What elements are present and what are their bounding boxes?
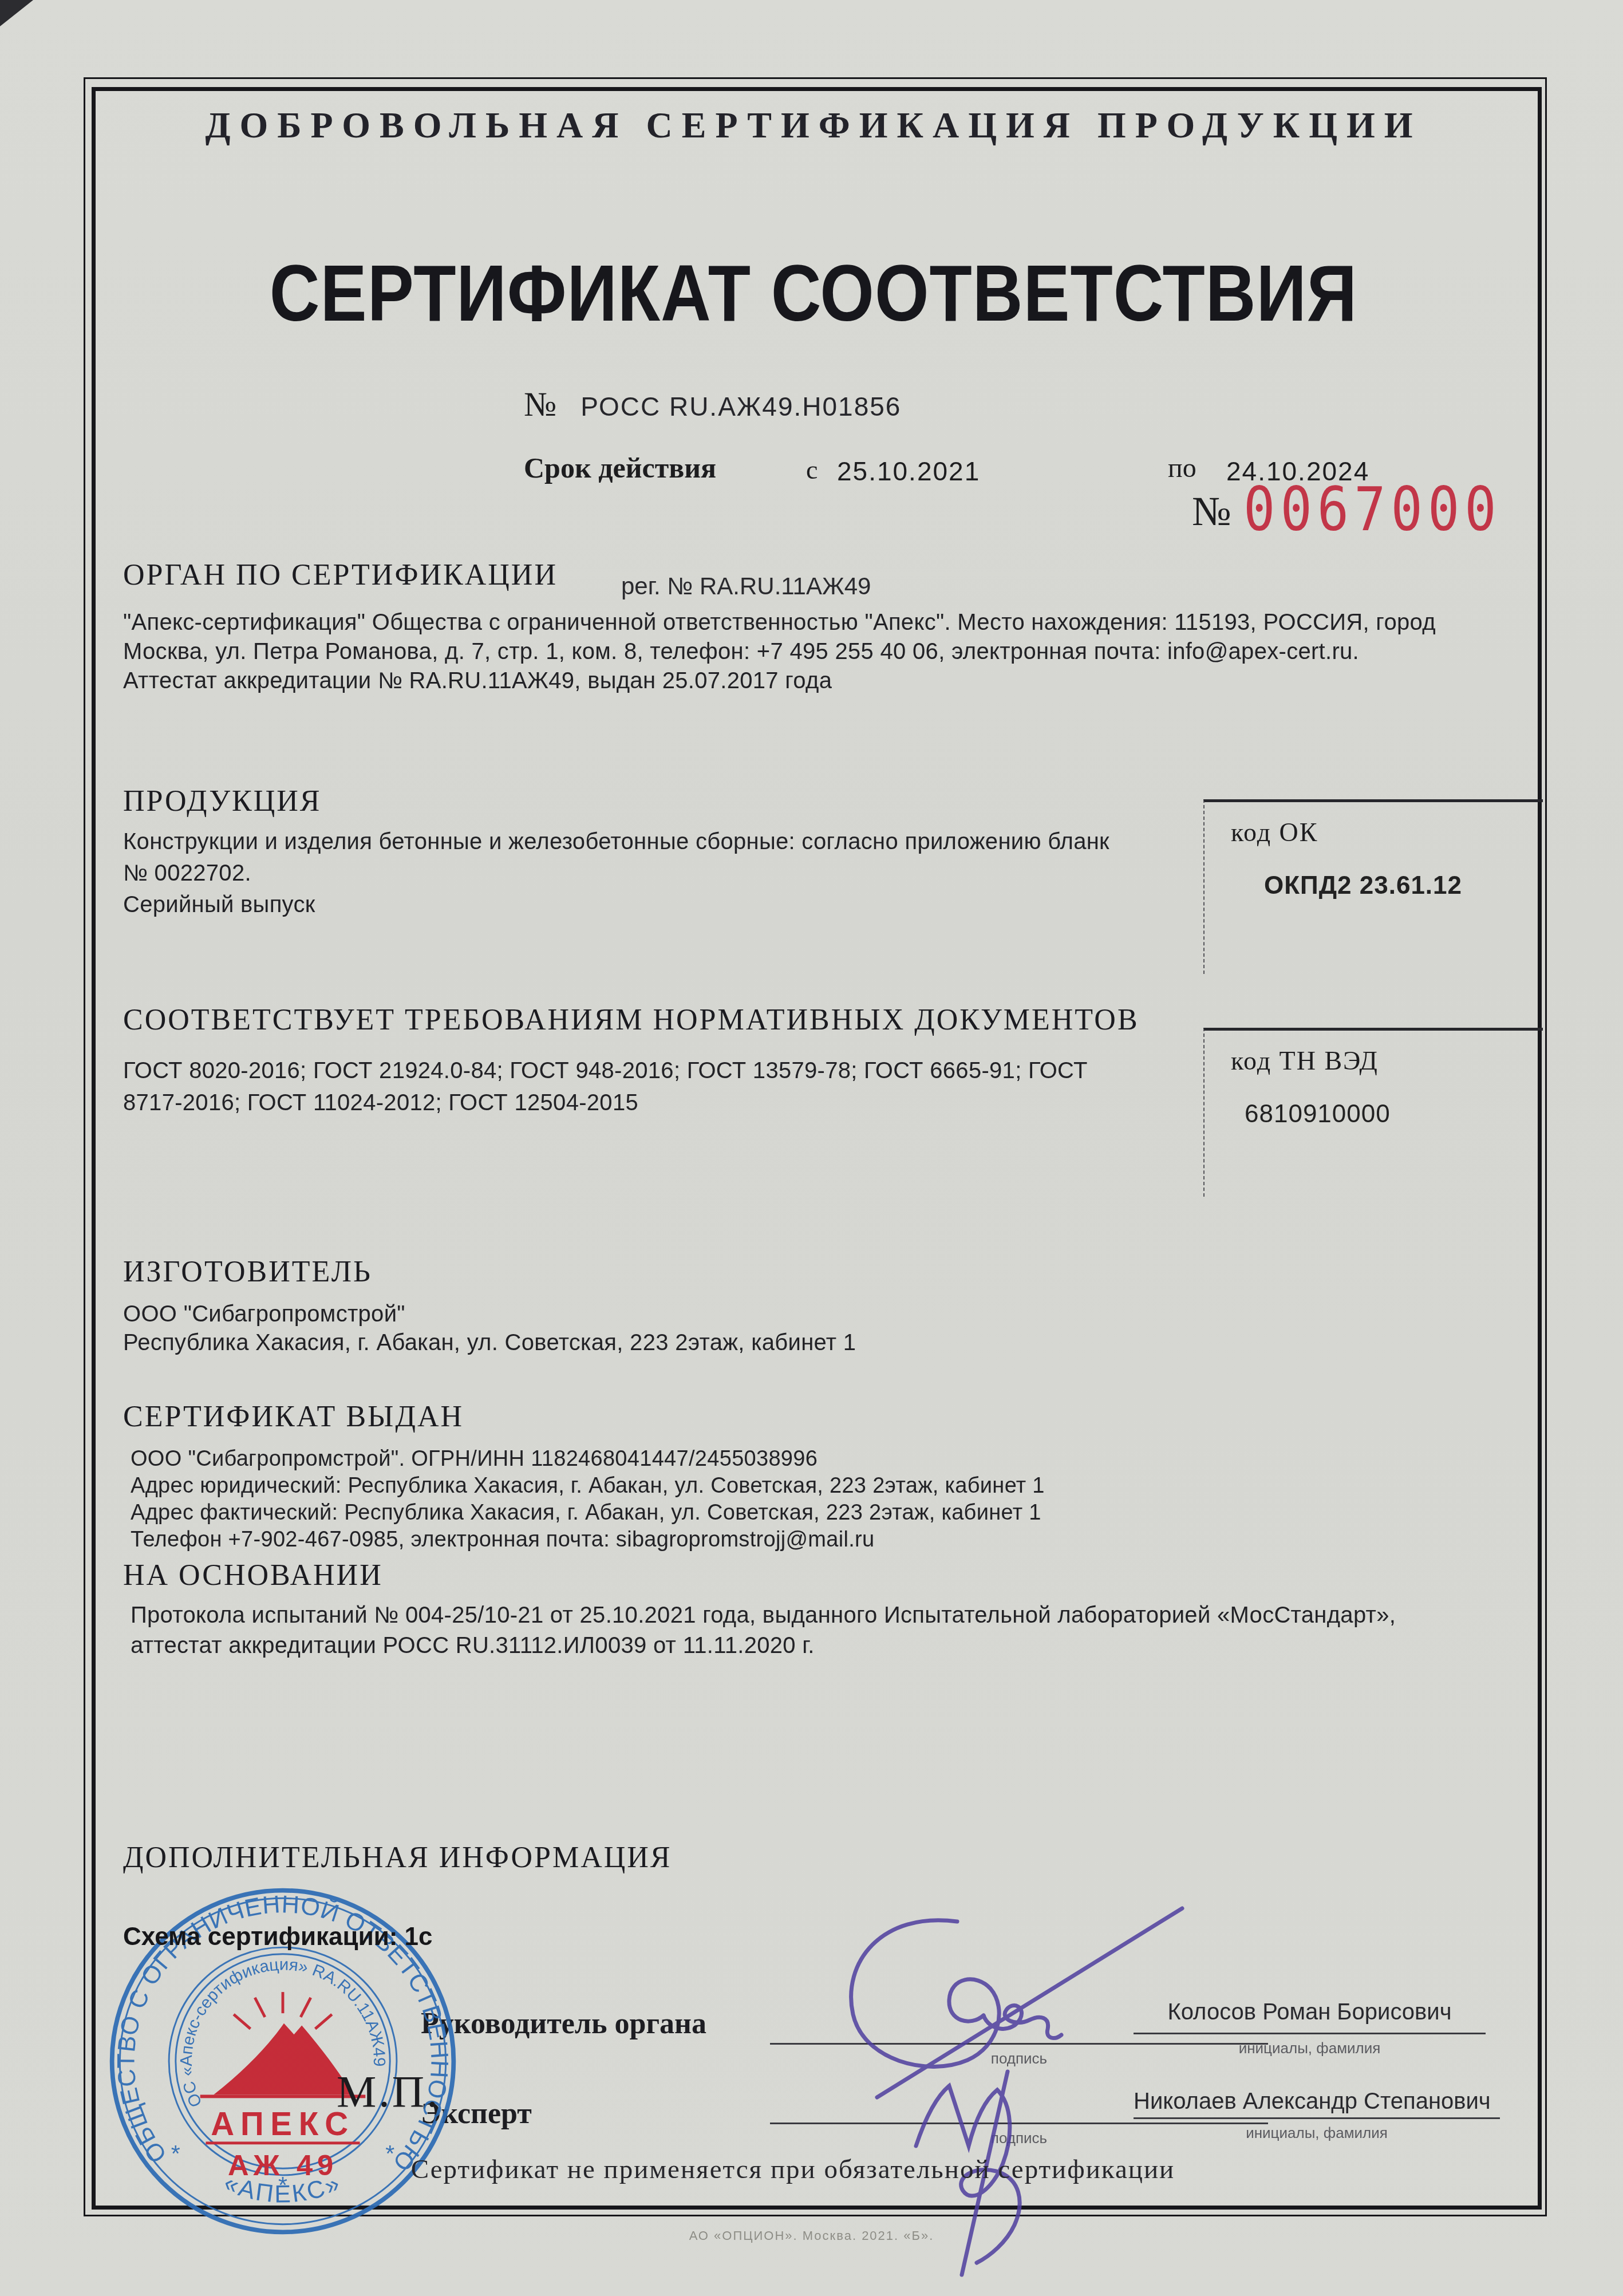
certification-body-line: "Апекс-сертификация" Общества с ограниче… [123,608,1537,637]
basis-heading: НА ОСНОВАНИИ [123,1559,383,1592]
certification-scheme: Схема сертификации: 1с [123,1923,433,1951]
certification-body-reg-number: рег. № RA.RU.11АЖ49 [621,573,871,600]
stamp-center-name: АПЕКС [211,2106,355,2142]
blank-numero-sign: № [1192,488,1231,535]
manufacturer-line: ООО "Сибагропромстрой" [123,1300,1497,1328]
numero-sign: № [524,385,556,423]
issued-to-line: Адрес юридический: Республика Хакасия, г… [131,1473,1504,1500]
code-ok-box: код ОК ОКПД2 23.61.12 [1203,799,1543,974]
product-text: Конструкции и изделия бетонные и железоб… [123,826,1182,921]
code-tnved-box: код ТН ВЭД 6810910000 [1203,1028,1543,1197]
certificate-page: { "document": { "letterhead_title": "ДОБ… [0,0,1623,2296]
certification-body-line: Москва, ул. Петра Романова, д. 7, стр. 1… [123,637,1537,666]
manufacturer-line: Республика Хакасия, г. Абакан, ул. Совет… [123,1328,1497,1357]
certificate-number-value: РОСС RU.АЖ49.Н01856 [581,392,901,421]
issued-to-heading: СЕРТИФИКАТ ВЫДАН [123,1400,464,1434]
issued-to-line: Телефон +7-902-467-0985, электронная поч… [131,1526,1504,1553]
certification-body-text: "Апекс-сертификация" Общества с ограниче… [123,608,1537,696]
standards-line: ГОСТ 8020-2016; ГОСТ 21924.0-84; ГОСТ 94… [123,1055,1182,1087]
code-tnved-label: код ТН ВЭД [1231,1046,1543,1076]
basis-line: аттестат аккредитации РОСС RU.31112.ИЛ00… [131,1631,1539,1661]
certification-body-heading: ОРГАН ПО СЕРТИФИКАЦИИ [123,558,558,592]
standards-heading: СООТВЕТСТВУЕТ ТРЕБОВАНИЯМ НОРМАТИВНЫХ ДО… [123,1003,1139,1037]
letterhead-title: ДОБРОВОЛЬНАЯ СЕРТИФИКАЦИЯ ПРОДУКЦИИ [84,104,1543,147]
code-tnved-value: 6810910000 [1245,1100,1543,1129]
handwritten-signatures [739,1871,1322,2289]
issued-to-line: ООО "Сибагропромстрой". ОГРН/ИНН 1182468… [131,1446,1504,1473]
code-ok-label: код ОК [1231,817,1543,847]
head-signature-scribble [851,1908,1182,2097]
product-heading: ПРОДУКЦИЯ [123,784,321,818]
standards-line: 8717-2016; ГОСТ 11024-2012; ГОСТ 12504-2… [123,1087,1182,1119]
stamp-asterisk-icon: * [171,2141,180,2167]
blank-number-row: № 0067000 [0,474,1623,543]
issued-to-line: Адрес фактический: Республика Хакасия, г… [131,1500,1504,1526]
disclaimer-text: Сертификат не применяется при обязательн… [240,2154,1345,2185]
issued-to-text: ООО "Сибагропромстрой". ОГРН/ИНН 1182468… [131,1446,1504,1553]
product-line: Конструкции и изделия бетонные и железоб… [123,826,1182,858]
additional-info-heading: ДОПОЛНИТЕЛЬНАЯ ИНФОРМАЦИЯ [123,1841,672,1875]
head-of-body-role: Руководитель органа [421,2007,706,2041]
blank-number-value: 0067000 [1243,474,1502,545]
basis-text: Протокола испытаний № 004-25/10-21 от 25… [131,1600,1539,1661]
certification-body-line: Аттестат аккредитации № RA.RU.11АЖ49, вы… [123,666,1537,696]
standards-text: ГОСТ 8020-2016; ГОСТ 21924.0-84; ГОСТ 94… [123,1055,1182,1119]
product-line: № 0022702. [123,858,1182,889]
basis-line: Протокола испытаний № 004-25/10-21 от 25… [131,1600,1539,1631]
manufacturer-heading: ИЗГОТОВИТЕЛЬ [123,1255,372,1289]
seal-placeholder: М.П. [337,2066,440,2117]
manufacturer-text: ООО "Сибагропромстрой" Республика Хакаси… [123,1300,1497,1357]
certificate-number-row: №РОСС RU.АЖ49.Н01856 [524,385,901,424]
code-ok-value: ОКПД2 23.61.12 [1264,871,1543,900]
product-line: Серийный выпуск [123,889,1182,921]
scan-corner-artifact [0,0,33,26]
certificate-title: СЕРТИФИКАТ СООТВЕТСТВИЯ [120,248,1507,340]
